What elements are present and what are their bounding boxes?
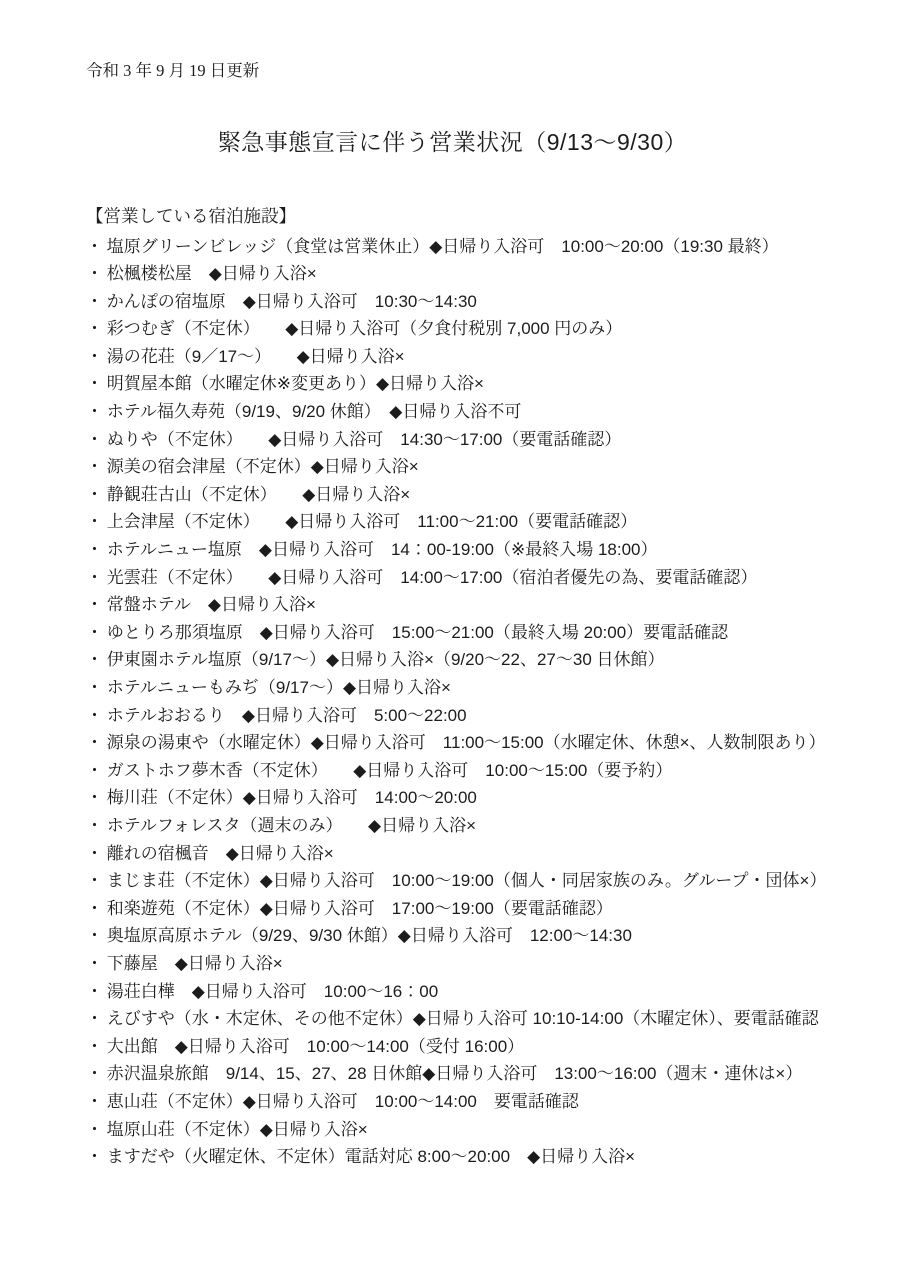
list-item: ・ 源泉の湯東や（水曜定休）◆日帰り入浴可 11:00～15:00（水曜定休、休… <box>86 729 905 757</box>
list-item: ・ 松楓楼松屋 ◆日帰り入浴× <box>86 260 905 288</box>
list-item: ・ ホテル福久寿苑（9/19、9/20 休館） ◆日帰り入浴不可 <box>86 398 905 426</box>
bullet-icon: ・ <box>86 370 102 398</box>
list-item: ・ 赤沢温泉旅館 9/14、15、27、28 日休館◆日帰り入浴可 13:00～… <box>86 1060 905 1088</box>
list-item: ・ ぬりや（不定休） ◆日帰り入浴可 14:30～17:00（要電話確認） <box>86 426 905 454</box>
facility-entry-text: えびすや（水・木定休、その他不定休）◆日帰り入浴可 10:10-14:00（木曜… <box>107 1009 819 1028</box>
bullet-icon: ・ <box>86 812 102 840</box>
list-item: ・ 上会津屋（不定休） ◆日帰り入浴可 11:00～21:00（要電話確認） <box>86 508 905 536</box>
facility-entry-text: 静観荘古山（不定休） ◆日帰り入浴× <box>107 485 411 504</box>
list-item: ・ 湯荘白樺 ◆日帰り入浴可 10:00～16：00 <box>86 978 905 1006</box>
bullet-icon: ・ <box>86 1005 102 1033</box>
facility-entry-text: 常盤ホテル ◆日帰り入浴× <box>107 595 316 614</box>
updated-date: 令和 3 年 9 月 19 日更新 <box>86 0 905 82</box>
bullet-icon: ・ <box>86 922 102 950</box>
list-item: ・ 奥塩原高原ホテル（9/29、9/30 休館）◆日帰り入浴可 12:00～14… <box>86 922 905 950</box>
bullet-icon: ・ <box>86 1060 102 1088</box>
bullet-icon: ・ <box>86 315 102 343</box>
facility-entry-text: 源美の宿会津屋（不定休）◆日帰り入浴× <box>107 457 419 476</box>
facility-list: ・ 塩原グリーンビレッジ（食堂は営業休止）◆日帰り入浴可 10:00～20:00… <box>86 233 905 1171</box>
bullet-icon: ・ <box>86 619 102 647</box>
facility-entry-text: ホテルフォレスタ（週末のみ） ◆日帰り入浴× <box>107 816 476 835</box>
list-item: ・ 離れの宿楓音 ◆日帰り入浴× <box>86 840 905 868</box>
facility-entry-text: 彩つむぎ（不定休） ◆日帰り入浴可（夕食付税別 7,000 円のみ） <box>107 319 623 338</box>
facility-entry-text: ゆとりろ那須塩原 ◆日帰り入浴可 15:00～21:00（最終入場 20:00）… <box>107 623 728 642</box>
facility-entry-text: ホテルおおるり ◆日帰り入浴可 5:00～22:00 <box>107 706 467 725</box>
facility-entry-text: まじま荘（不定休）◆日帰り入浴可 10:00～19:00（個人・同居家族のみ。グ… <box>107 871 827 890</box>
bullet-icon: ・ <box>86 674 102 702</box>
list-item: ・ ホテルおおるり ◆日帰り入浴可 5:00～22:00 <box>86 702 905 730</box>
facility-entry-text: ホテル福久寿苑（9/19、9/20 休館） ◆日帰り入浴不可 <box>107 402 522 421</box>
bullet-icon: ・ <box>86 233 102 261</box>
list-item: ・ 梅川荘（不定休）◆日帰り入浴可 14:00～20:00 <box>86 784 905 812</box>
list-item: ・ 光雲荘（不定休） ◆日帰り入浴可 14:00～17:00（宿泊者優先の為、要… <box>86 564 905 592</box>
bullet-icon: ・ <box>86 867 102 895</box>
facility-entry-text: 奥塩原高原ホテル（9/29、9/30 休館）◆日帰り入浴可 12:00～14:3… <box>107 926 632 945</box>
document-page: 令和 3 年 9 月 19 日更新 緊急事態宣言に伴う営業状況（9/13～9/3… <box>0 0 905 1280</box>
facility-entry-text: ホテルニューもみぢ（9/17～）◆日帰り入浴× <box>107 678 451 697</box>
list-item: ・ 塩原山荘（不定休）◆日帰り入浴× <box>86 1116 905 1144</box>
list-item: ・ ホテルフォレスタ（週末のみ） ◆日帰り入浴× <box>86 812 905 840</box>
bullet-icon: ・ <box>86 978 102 1006</box>
bullet-icon: ・ <box>86 895 102 923</box>
facility-entry-text: ホテルニュー塩原 ◆日帰り入浴可 14：00-19:00（※最終入場 18:00… <box>107 540 658 559</box>
list-item: ・ ますだや（火曜定休、不定休）電話対応 8:00～20:00 ◆日帰り入浴× <box>86 1143 905 1171</box>
bullet-icon: ・ <box>86 260 102 288</box>
list-item: ・ まじま荘（不定休）◆日帰り入浴可 10:00～19:00（個人・同居家族のみ… <box>86 867 905 895</box>
bullet-icon: ・ <box>86 1088 102 1116</box>
bullet-icon: ・ <box>86 1116 102 1144</box>
bullet-icon: ・ <box>86 729 102 757</box>
list-item: ・ 源美の宿会津屋（不定休）◆日帰り入浴× <box>86 453 905 481</box>
bullet-icon: ・ <box>86 288 102 316</box>
bullet-icon: ・ <box>86 508 102 536</box>
list-item: ・ ガストホフ夢木香（不定休） ◆日帰り入浴可 10:00～15:00（要予約） <box>86 757 905 785</box>
facility-entry-text: ますだや（火曜定休、不定休）電話対応 8:00～20:00 ◆日帰り入浴× <box>107 1147 635 1166</box>
bullet-icon: ・ <box>86 784 102 812</box>
bullet-icon: ・ <box>86 536 102 564</box>
facility-entry-text: 和楽遊苑（不定休）◆日帰り入浴可 17:00～19:00（要電話確認） <box>107 899 613 918</box>
facility-entry-text: かんぽの宿塩原 ◆日帰り入浴可 10:30～14:30 <box>107 292 477 311</box>
list-item: ・ 明賀屋本館（水曜定休※変更あり）◆日帰り入浴× <box>86 370 905 398</box>
list-item: ・ 恵山荘（不定休）◆日帰り入浴可 10:00～14:00 要電話確認 <box>86 1088 905 1116</box>
list-item: ・ ホテルニュー塩原 ◆日帰り入浴可 14：00-19:00（※最終入場 18:… <box>86 536 905 564</box>
facility-entry-text: 光雲荘（不定休） ◆日帰り入浴可 14:00～17:00（宿泊者優先の為、要電話… <box>107 568 758 587</box>
list-item: ・ 常盤ホテル ◆日帰り入浴× <box>86 591 905 619</box>
facility-entry-text: 湯荘白樺 ◆日帰り入浴可 10:00～16：00 <box>107 982 438 1001</box>
facility-entry-text: 松楓楼松屋 ◆日帰り入浴× <box>107 264 317 283</box>
bullet-icon: ・ <box>86 757 102 785</box>
list-item: ・ 湯の花荘（9／17～） ◆日帰り入浴× <box>86 343 905 371</box>
bullet-icon: ・ <box>86 564 102 592</box>
facility-entry-text: 下藤屋 ◆日帰り入浴× <box>107 954 283 973</box>
facility-entry-text: 離れの宿楓音 ◆日帰り入浴× <box>107 844 334 863</box>
list-item: ・ 彩つむぎ（不定休） ◆日帰り入浴可（夕食付税別 7,000 円のみ） <box>86 315 905 343</box>
facility-entry-text: 湯の花荘（9／17～） ◆日帰り入浴× <box>107 347 405 366</box>
facility-entry-text: 明賀屋本館（水曜定休※変更あり）◆日帰り入浴× <box>107 374 484 393</box>
bullet-icon: ・ <box>86 1033 102 1061</box>
list-item: ・ 静観荘古山（不定休） ◆日帰り入浴× <box>86 481 905 509</box>
facility-entry-text: 源泉の湯東や（水曜定休）◆日帰り入浴可 11:00～15:00（水曜定休、休憩×… <box>107 733 826 752</box>
bullet-icon: ・ <box>86 481 102 509</box>
section-heading: 【営業している宿泊施設】 <box>86 203 905 231</box>
list-item: ・ 伊東園ホテル塩原（9/17～）◆日帰り入浴×（9/20～22、27～30 日… <box>86 646 905 674</box>
bullet-icon: ・ <box>86 343 102 371</box>
facility-entry-text: 伊東園ホテル塩原（9/17～）◆日帰り入浴×（9/20～22、27～30 日休館… <box>107 650 665 669</box>
bullet-icon: ・ <box>86 840 102 868</box>
list-item: ・ 塩原グリーンビレッジ（食堂は営業休止）◆日帰り入浴可 10:00～20:00… <box>86 233 905 261</box>
list-item: ・ 和楽遊苑（不定休）◆日帰り入浴可 17:00～19:00（要電話確認） <box>86 895 905 923</box>
facility-entry-text: ぬりや（不定休） ◆日帰り入浴可 14:30～17:00（要電話確認） <box>107 430 622 449</box>
bullet-icon: ・ <box>86 591 102 619</box>
list-item: ・ ゆとりろ那須塩原 ◆日帰り入浴可 15:00～21:00（最終入場 20:0… <box>86 619 905 647</box>
list-item: ・ 大出館 ◆日帰り入浴可 10:00～14:00（受付 16:00） <box>86 1033 905 1061</box>
facility-entry-text: 大出館 ◆日帰り入浴可 10:00～14:00（受付 16:00） <box>107 1037 524 1056</box>
bullet-icon: ・ <box>86 426 102 454</box>
bullet-icon: ・ <box>86 1143 102 1171</box>
list-item: ・ ホテルニューもみぢ（9/17～）◆日帰り入浴× <box>86 674 905 702</box>
facility-entry-text: 恵山荘（不定休）◆日帰り入浴可 10:00～14:00 要電話確認 <box>107 1092 579 1111</box>
list-item: ・ 下藤屋 ◆日帰り入浴× <box>86 950 905 978</box>
bullet-icon: ・ <box>86 646 102 674</box>
page-title: 緊急事態宣言に伴う営業状況（9/13～9/30） <box>10 127 895 157</box>
facility-entry-text: ガストホフ夢木香（不定休） ◆日帰り入浴可 10:00～15:00（要予約） <box>107 761 673 780</box>
facility-entry-text: 赤沢温泉旅館 9/14、15、27、28 日休館◆日帰り入浴可 13:00～16… <box>107 1064 803 1083</box>
bullet-icon: ・ <box>86 398 102 426</box>
facility-entry-text: 塩原グリーンビレッジ（食堂は営業休止）◆日帰り入浴可 10:00～20:00（1… <box>107 237 779 256</box>
bullet-icon: ・ <box>86 453 102 481</box>
list-item: ・ えびすや（水・木定休、その他不定休）◆日帰り入浴可 10:10-14:00（… <box>86 1005 905 1033</box>
list-item: ・ かんぽの宿塩原 ◆日帰り入浴可 10:30～14:30 <box>86 288 905 316</box>
bullet-icon: ・ <box>86 702 102 730</box>
facility-entry-text: 上会津屋（不定休） ◆日帰り入浴可 11:00～21:00（要電話確認） <box>107 512 637 531</box>
bullet-icon: ・ <box>86 950 102 978</box>
facility-entry-text: 塩原山荘（不定休）◆日帰り入浴× <box>107 1120 368 1139</box>
facility-entry-text: 梅川荘（不定休）◆日帰り入浴可 14:00～20:00 <box>107 788 477 807</box>
